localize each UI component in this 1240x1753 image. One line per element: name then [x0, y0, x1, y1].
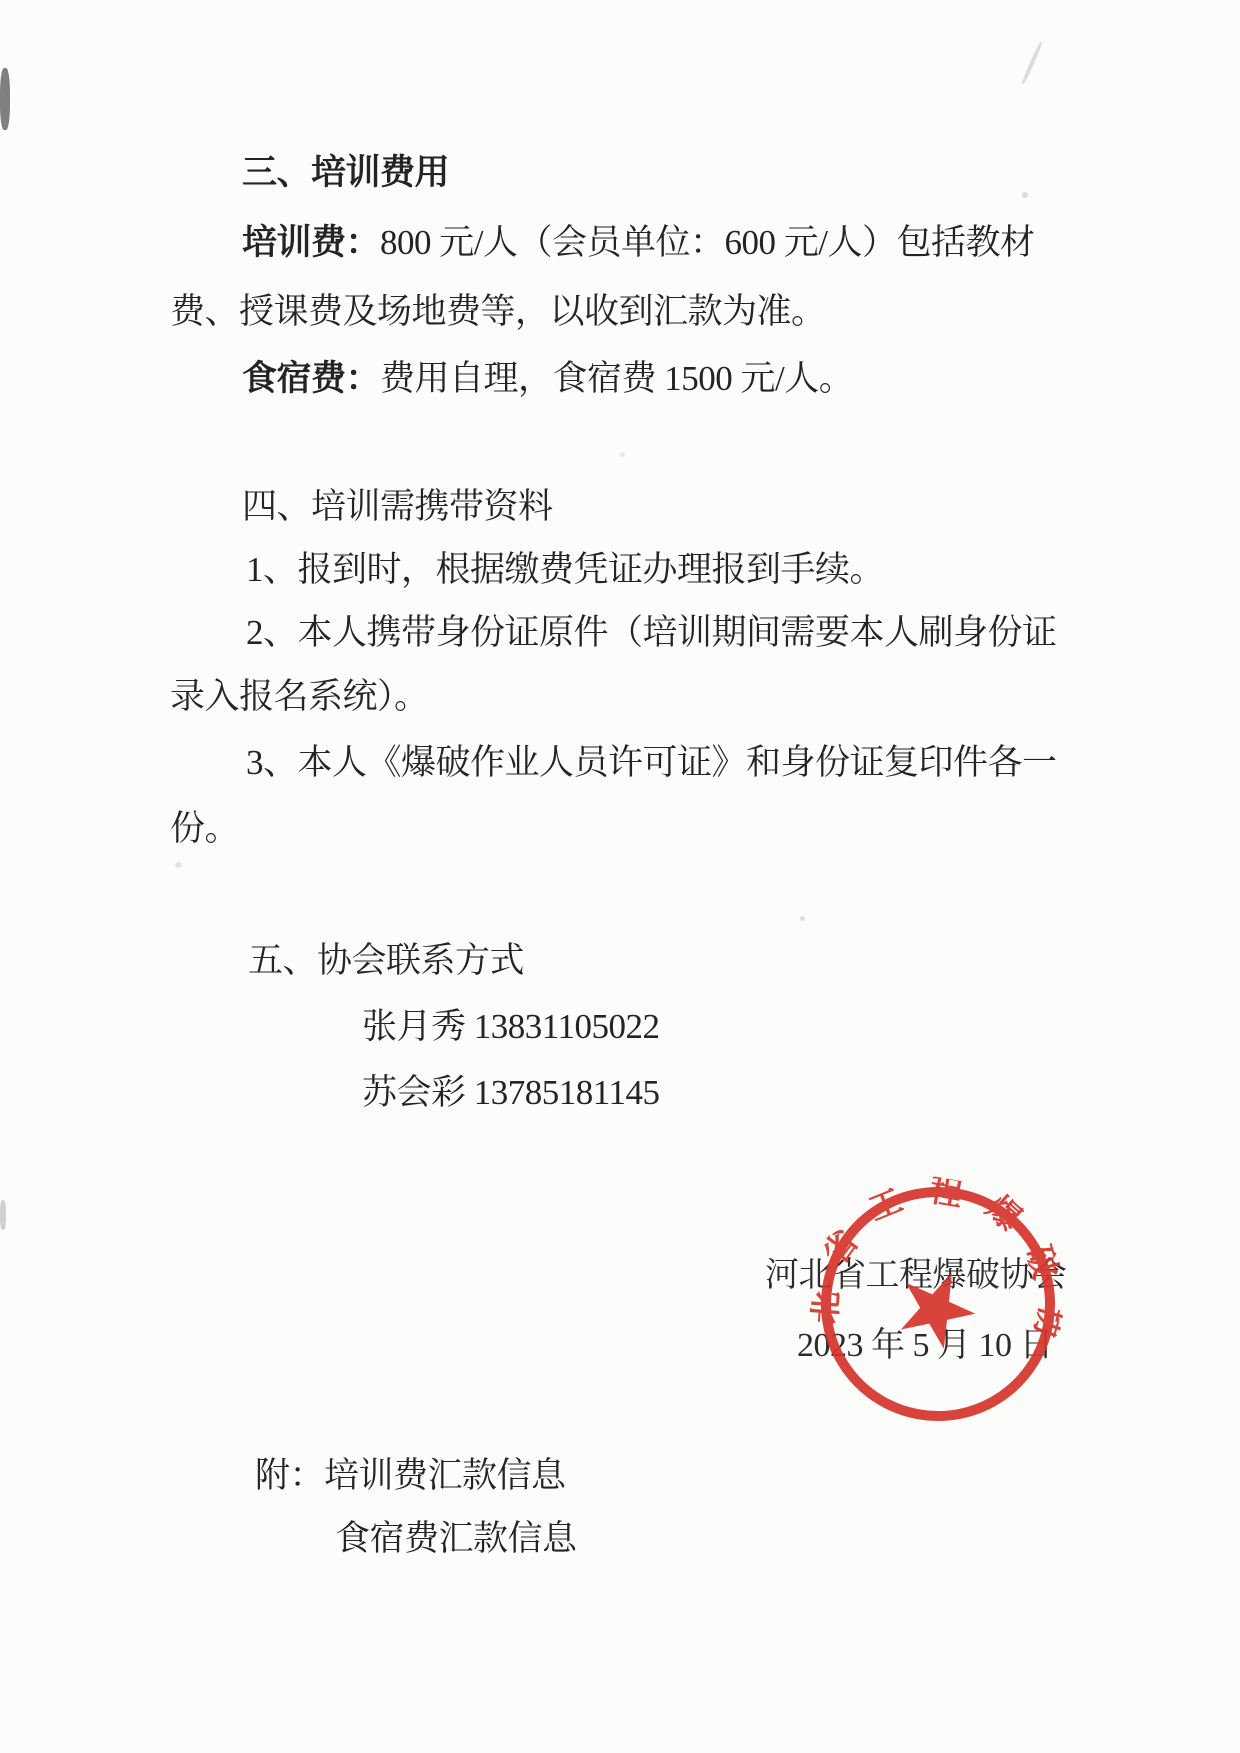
- scan-artifact: [620, 452, 625, 457]
- attachment-item-2: 食宿费汇款信息: [335, 1518, 577, 1560]
- fee-text: 800 元/人（会员单位：600 元/人）包括教材: [380, 223, 1034, 262]
- scan-artifact: [0, 68, 10, 130]
- fee-line-1: 培训费：800 元/人（会员单位：600 元/人）包括教材: [242, 222, 1034, 264]
- materials-item-3-line-1: 3、本人《爆破作业人员许可证》和身份证复印件各一: [246, 742, 1057, 784]
- scan-artifact: [800, 916, 805, 921]
- scan-artifact: [1021, 41, 1043, 85]
- scan-artifact: [175, 862, 182, 868]
- scan-artifact: [1022, 192, 1028, 198]
- board-fee-text: 费用自理，食宿费 1500 元/人。: [380, 359, 853, 398]
- materials-item-2-line-1: 2、本人携带身份证原件（培训期间需要本人刷身份证: [246, 612, 1057, 654]
- fee-label: 培训费：: [242, 223, 380, 262]
- scanned-notice-page: 三、培训费用 培训费：800 元/人（会员单位：600 元/人）包括教材 费、授…: [0, 0, 1240, 1753]
- official-seal-stamp: 河北省工程爆破协会: [793, 1159, 1083, 1449]
- board-fee-line: 食宿费：费用自理，食宿费 1500 元/人。: [242, 358, 853, 400]
- section-materials-heading: 四、培训需携带资料: [242, 486, 553, 528]
- fee-line-2: 费、授课费及场地费等，以收到汇款为准。: [170, 291, 826, 333]
- section-contact-heading: 五、协会联系方式: [248, 940, 524, 982]
- signature-org: 河北省工程爆破协会: [765, 1256, 1067, 1297]
- attachment-line-1: 附：培训费汇款信息: [255, 1455, 566, 1497]
- scan-artifact: [0, 1200, 6, 1230]
- attachment-label: 附：: [255, 1456, 324, 1495]
- attachment-item-1: 培训费汇款信息: [324, 1456, 566, 1495]
- materials-item-3-line-2: 份。: [170, 808, 239, 850]
- board-fee-label: 食宿费：: [242, 359, 380, 398]
- contact-1: 张月秀 13831105022: [362, 1006, 659, 1048]
- materials-item-2-line-2: 录入报名系统）。: [170, 676, 429, 718]
- signature-date: 2023 年 5 月 10 日: [797, 1326, 1053, 1367]
- contact-2: 苏会彩 13785181145: [362, 1072, 659, 1114]
- materials-item-1: 1、报到时，根据缴费凭证办理报到手续。: [246, 549, 884, 591]
- seal-ring: [808, 1174, 1067, 1433]
- section-fee-heading: 三、培训费用: [242, 152, 449, 194]
